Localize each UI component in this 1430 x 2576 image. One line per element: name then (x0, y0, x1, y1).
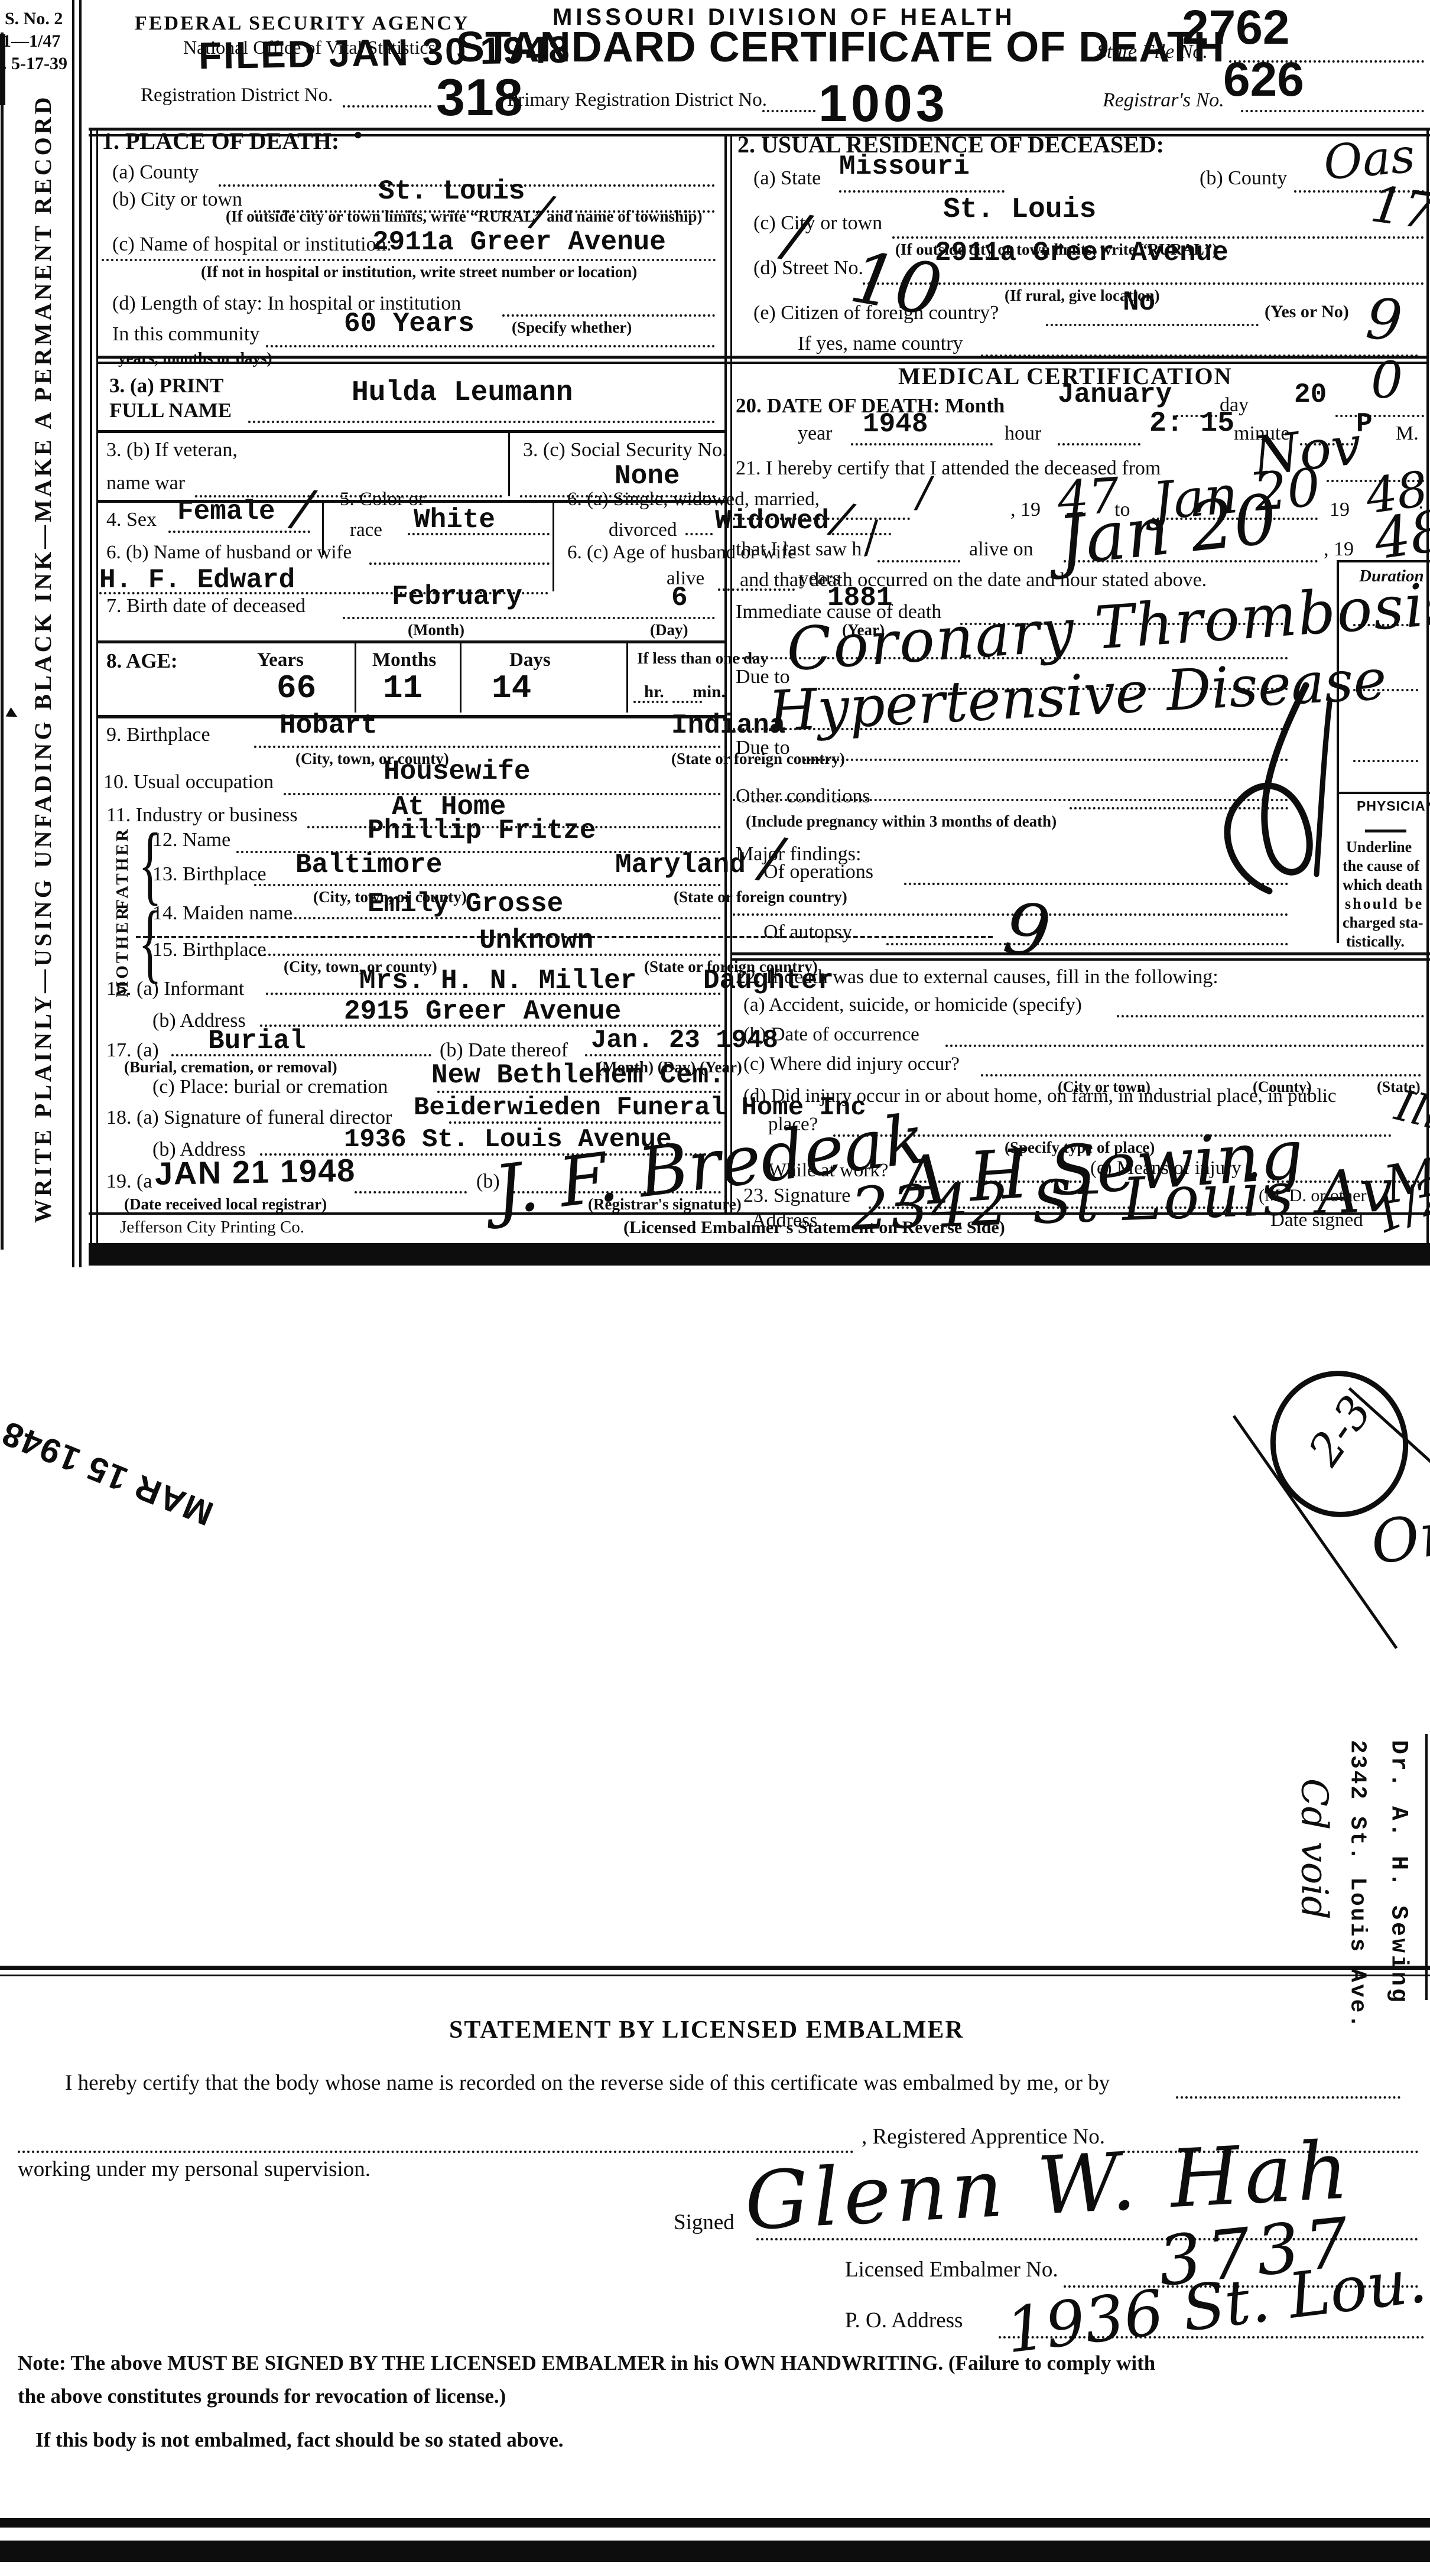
dod-year-value: 1948 (863, 410, 928, 439)
of-autopsy-label: Of autopsy (763, 922, 852, 943)
state-file-label: State File No. (1097, 41, 1208, 63)
city-label: (b) City or town (112, 189, 242, 210)
cell-divider (552, 503, 554, 591)
underline-note-5: charged sta- (1343, 915, 1423, 931)
separator-rule (0, 1966, 1430, 1970)
community-value: 60 Years (344, 310, 474, 339)
ink-blob: ● (353, 126, 363, 143)
dotted-line (1064, 560, 1318, 562)
embalmer-note-line2: the above constitutes grounds for revoca… (18, 2385, 506, 2407)
received-caption: (Date received local registrar) (124, 1196, 327, 1213)
community-label: In this community (112, 324, 259, 345)
birthdate-label: 7. Birth date of deceased (106, 596, 305, 617)
veteran-war-label: name war (106, 473, 185, 494)
side-doctor-name: Dr. A. H. Sewing (1385, 1740, 1410, 2005)
injury-place-label: place? (768, 1114, 818, 1135)
age-days-header: Days (509, 650, 551, 671)
age-months-value: 11 (383, 671, 422, 706)
ssn-value: None (615, 462, 680, 491)
dotted-line (877, 560, 960, 562)
dotted-line (762, 110, 815, 112)
underline-note-3: which death (1343, 877, 1422, 893)
burial-place-label: (c) Place: burial or cremation (152, 1076, 388, 1098)
embalmer-no-label: Licensed Embalmer No. (845, 2258, 1058, 2281)
dotted-line (343, 105, 431, 108)
dotted-line (355, 1191, 467, 1193)
dotted-line (369, 562, 550, 565)
section-rule (730, 952, 1430, 955)
print-label: 3. (a) PRINT (109, 375, 223, 396)
veteran-label: 3. (b) If veteran, (106, 440, 238, 461)
age-divider (355, 643, 356, 713)
burial-place-value: New Bethlehem Cem. (431, 1061, 725, 1090)
res-county-label: (b) County (1200, 168, 1287, 189)
pen-loop: / (860, 515, 882, 560)
mar-filing-stamp: MAR 15 1948 (18, 1423, 218, 1532)
marital-value: Widowed (715, 507, 829, 536)
age-label: 8. AGE: (106, 650, 178, 672)
bottom-black-bar (89, 1243, 1430, 1266)
other-conditions-label: Other conditions (736, 786, 870, 807)
maiden-name-value: Emily Grosse (368, 890, 563, 919)
external-causes-heading: 22. If death was due to external causes,… (736, 967, 1218, 988)
dotted-line (733, 913, 1288, 916)
hospital-label: (c) Name of hospital or institution: (112, 234, 392, 255)
dod-hour-value: 2: 15 (1149, 409, 1234, 439)
underline-note-4: should be (1345, 896, 1423, 912)
dotted-line (585, 1054, 721, 1056)
industry-label: 11. Industry or business (106, 805, 298, 826)
dotted-line (1070, 807, 1288, 809)
received-label: 19. (a (106, 1171, 152, 1192)
dod-hour-label: hour (1005, 423, 1041, 444)
pen-slash: / (291, 481, 315, 536)
due-to-2-label: Due to (736, 737, 790, 759)
underline-note-6: tistically. (1346, 934, 1405, 950)
ssn-label: 3. (c) Social Security No. (523, 440, 727, 461)
state-value: Missouri (839, 152, 970, 181)
margin-rule-outer (72, 0, 74, 1267)
city-value: St. Louis (378, 177, 525, 206)
side-edge-line (1425, 1734, 1428, 2000)
dotted-line (248, 421, 715, 423)
po-address-label: P. O. Address (845, 2309, 963, 2332)
res-city-value: St. Louis (943, 195, 1096, 225)
pen-slash: / (917, 470, 931, 514)
father-name-label: 12. Name (152, 830, 230, 851)
age-years-value: 66 (277, 671, 316, 706)
dotted-line (502, 314, 715, 317)
dotted-line (1241, 110, 1424, 112)
hr-label: hr. (644, 683, 664, 701)
dotted-line (266, 345, 715, 347)
last-saw-label: that I last saw h (736, 539, 862, 560)
dotted-line (171, 1054, 431, 1056)
mother-birthplace-label: 15. Birthplace (152, 939, 266, 961)
dotted-line (102, 259, 716, 261)
of-operations-label: Of operations (763, 861, 873, 883)
dotted-line (168, 531, 310, 533)
disposition-date-label: (b) Date thereof (440, 1040, 568, 1061)
margin-rule-inner (79, 0, 82, 1267)
age-divider (460, 643, 461, 713)
form-right-rule (1426, 128, 1429, 1250)
form-left-rule2 (96, 128, 98, 1250)
section-rule (97, 715, 724, 718)
alive-on-label: alive on (969, 539, 1033, 560)
dotted-line (266, 993, 721, 995)
injury-home-label: (d) Did injury occur in or about home, o… (743, 1086, 1337, 1107)
om-handwriting: Om (1367, 1498, 1430, 1575)
dotted-line (1117, 1015, 1424, 1017)
maiden-name-label: 14. Maiden name (152, 903, 292, 924)
informant-label: 16. (a) Informant (106, 978, 244, 1000)
county-label: (a) County (112, 162, 199, 183)
dotted-line (904, 883, 1288, 885)
dotted-line (685, 533, 713, 535)
death-certificate-scan: S. No. 2 1—1/47 . 5-17-39 WRITE PLAINLY—… (0, 0, 1430, 2576)
dod-day-value: 20 (1294, 380, 1327, 409)
dotted-line (408, 533, 550, 535)
dotted-line (449, 1121, 721, 1124)
city-note: (If outside city or town limits, write “… (226, 208, 703, 225)
race-value: White (414, 506, 495, 535)
embalmer-certify-text: I hereby certify that the body whose nam… (65, 2071, 1110, 2094)
color-label2: race (350, 520, 382, 541)
dotted-line (343, 617, 715, 619)
place-of-death-heading: 1. PLACE OF DEATH: (102, 129, 339, 154)
registrar-no-value: 626 (1223, 54, 1304, 106)
section-rule (97, 356, 1427, 359)
reverse-side-note: (Licensed Embalmer's Statement on Revers… (623, 1218, 1005, 1237)
age-months-header: Months (372, 650, 436, 671)
occurrence-date-label: (b) Date of occurrence (743, 1024, 919, 1045)
dotted-line (886, 943, 1288, 945)
res-city-label: (c) City or town (753, 213, 882, 234)
other-conditions-cap: (Include pregnancy within 3 months of de… (746, 813, 1057, 830)
dotted-line (851, 443, 993, 445)
sex-value: Female (177, 497, 275, 526)
printer-credit: Jefferson City Printing Co. (120, 1218, 304, 1237)
full-name-label: FULL NAME (109, 399, 232, 421)
cell-divider (508, 432, 510, 496)
physician-dash (1365, 830, 1406, 832)
street-value: 2911a Greer Avenue (935, 239, 1228, 268)
form-number-line1: S. No. 2 (5, 9, 63, 28)
spouse-value: H. F. Edward (99, 566, 295, 595)
dod-year-label: year (798, 423, 833, 444)
specify-whether-note: (Specify whether) (512, 319, 632, 336)
dotted-line (945, 1045, 1424, 1047)
embalmer-title: STATEMENT BY LICENSED EMBALMER (449, 2017, 964, 2044)
mother-birthplace-value: Unknown (479, 926, 593, 955)
signed-label: Signed (674, 2211, 734, 2234)
father-name-value: Phillip Fritze (368, 817, 596, 845)
side-handwriting: Cd void (1295, 1778, 1334, 1920)
citizen-note: (Yes or No) (1265, 303, 1349, 321)
supervision-text: working under my personal supervision. (18, 2158, 370, 2181)
age-divider (626, 643, 628, 713)
age-days-value: 14 (492, 671, 531, 706)
accident-label: (a) Accident, suicide, or homicide (spec… (743, 995, 1082, 1016)
father-birthplace-city: Baltimore (295, 851, 442, 880)
form-bottom-rule (89, 1212, 1430, 1215)
registration-district-label: Registration District No. (141, 85, 333, 106)
section-rule (730, 958, 1430, 961)
underline-note-2: the cause of (1343, 858, 1419, 874)
min-label: min. (693, 683, 726, 701)
citizen-value: No (1123, 288, 1155, 317)
birthplace-city: Hobart (279, 711, 378, 740)
left-edge-line (1, 32, 4, 1250)
color-label1: 5. Color or (340, 489, 425, 510)
sex-label: 4. Sex (106, 509, 157, 531)
duration-rule (1337, 560, 1430, 562)
dotted-line (18, 2151, 854, 2153)
informant-address-value: 2915 Greer Avenue (344, 997, 621, 1026)
dotted-line (254, 884, 721, 886)
dotted-line (733, 518, 910, 520)
birth-day-value: 6 (671, 584, 688, 613)
father-birthplace-state: Maryland (615, 851, 746, 880)
disposition-cap: (Burial, cremation, or removal) (124, 1059, 337, 1076)
birth-month-value: February (392, 583, 522, 612)
dotted-line (981, 1074, 1421, 1076)
dotted-line (254, 954, 721, 956)
day-caption: (Day) (650, 622, 688, 639)
dotted-line (1176, 2096, 1400, 2099)
full-name-value: Hulda Leumann (352, 378, 573, 408)
dotted-line (1046, 324, 1259, 326)
father-side-label: FATHER (113, 827, 132, 910)
bottom-scan-bar (0, 2518, 1430, 2528)
side-doctor-address: 2342 St. Louis Ave. (1345, 1740, 1369, 2029)
dotted-line (1058, 443, 1140, 445)
embalmer-note-line3: If this body is not embalmed, fact shoul… (35, 2429, 564, 2451)
primary-district-value: 1003 (818, 76, 948, 131)
margin-arrow: ▸ (4, 701, 24, 726)
dod-month-value: January (1058, 380, 1172, 409)
father-cap2: (State or foreign country) (674, 889, 847, 906)
physician-signature-label: 23. Signature (743, 1185, 850, 1206)
primary-district-label: Primary Registration District No. (507, 90, 767, 110)
hospital-value: 2911a Greer Avenue (372, 228, 666, 257)
registrar-no-label: Registrar's No. (1103, 90, 1224, 111)
physician-label: PHYSICIAN (1357, 799, 1430, 813)
year19-a: , 19 (1010, 499, 1041, 521)
dotted-line (254, 746, 721, 748)
section-rule (97, 430, 724, 433)
hospital-note: (If not in hospital or institution, writ… (201, 264, 637, 281)
age-years-header: Years (257, 650, 304, 671)
street-label: (d) Street No. (753, 258, 863, 279)
dod-m-label: M. (1396, 423, 1419, 444)
physician-box-rule (1337, 792, 1430, 794)
pencil-17: 17 (1367, 178, 1430, 239)
occupation-label: 10. Usual occupation (103, 772, 274, 793)
year19-b: 19 (1330, 499, 1350, 521)
month-caption: (Month) (408, 622, 464, 639)
margin-instruction: WRITE PLAINLY—USING UNFADING BLACK INK—M… (31, 189, 56, 1223)
spouse-label: 6. (b) Name of husband or wife (106, 542, 352, 563)
form-left-rule (90, 128, 92, 1250)
received-date-stamp: JAN 21 1948 (155, 1154, 356, 1191)
ifyes-label: If yes, name country (798, 333, 963, 354)
bottom-scan-bar2 (0, 2541, 1430, 2562)
embalmer-note-line1: Note: The above MUST BE SIGNED BY THE LI… (18, 2352, 1155, 2374)
informant-value: Mrs. H. N. Miller (359, 967, 636, 996)
form-number-line3: . 5-17-39 (2, 54, 67, 73)
state-label: (a) State (753, 168, 821, 189)
citizen-label: (e) Citizen of foreign country? (753, 303, 999, 324)
dotted-line (290, 917, 721, 919)
occurred-line: and that death occurred on the date and … (740, 570, 1207, 591)
marital-label2: divorced (609, 520, 677, 541)
injury-where-label: (c) Where did injury occur? (743, 1054, 960, 1075)
disposition-value: Burial (208, 1027, 306, 1056)
dotted-line (839, 190, 1005, 193)
occupation-value: Housewife (383, 757, 530, 786)
birthplace-label: 9. Birthplace (106, 724, 210, 746)
separator-rule2 (0, 1975, 1430, 1976)
underline-note-1: Underline (1346, 839, 1412, 856)
pencil-9: 9 (1364, 290, 1405, 352)
form-number-line2: 1—1/47 (2, 32, 60, 51)
dotted-line (863, 282, 1424, 285)
year19-c: , 19 (1324, 539, 1354, 560)
section-rule (97, 640, 724, 643)
father-birthplace-label: 13. Birthplace (152, 864, 266, 885)
